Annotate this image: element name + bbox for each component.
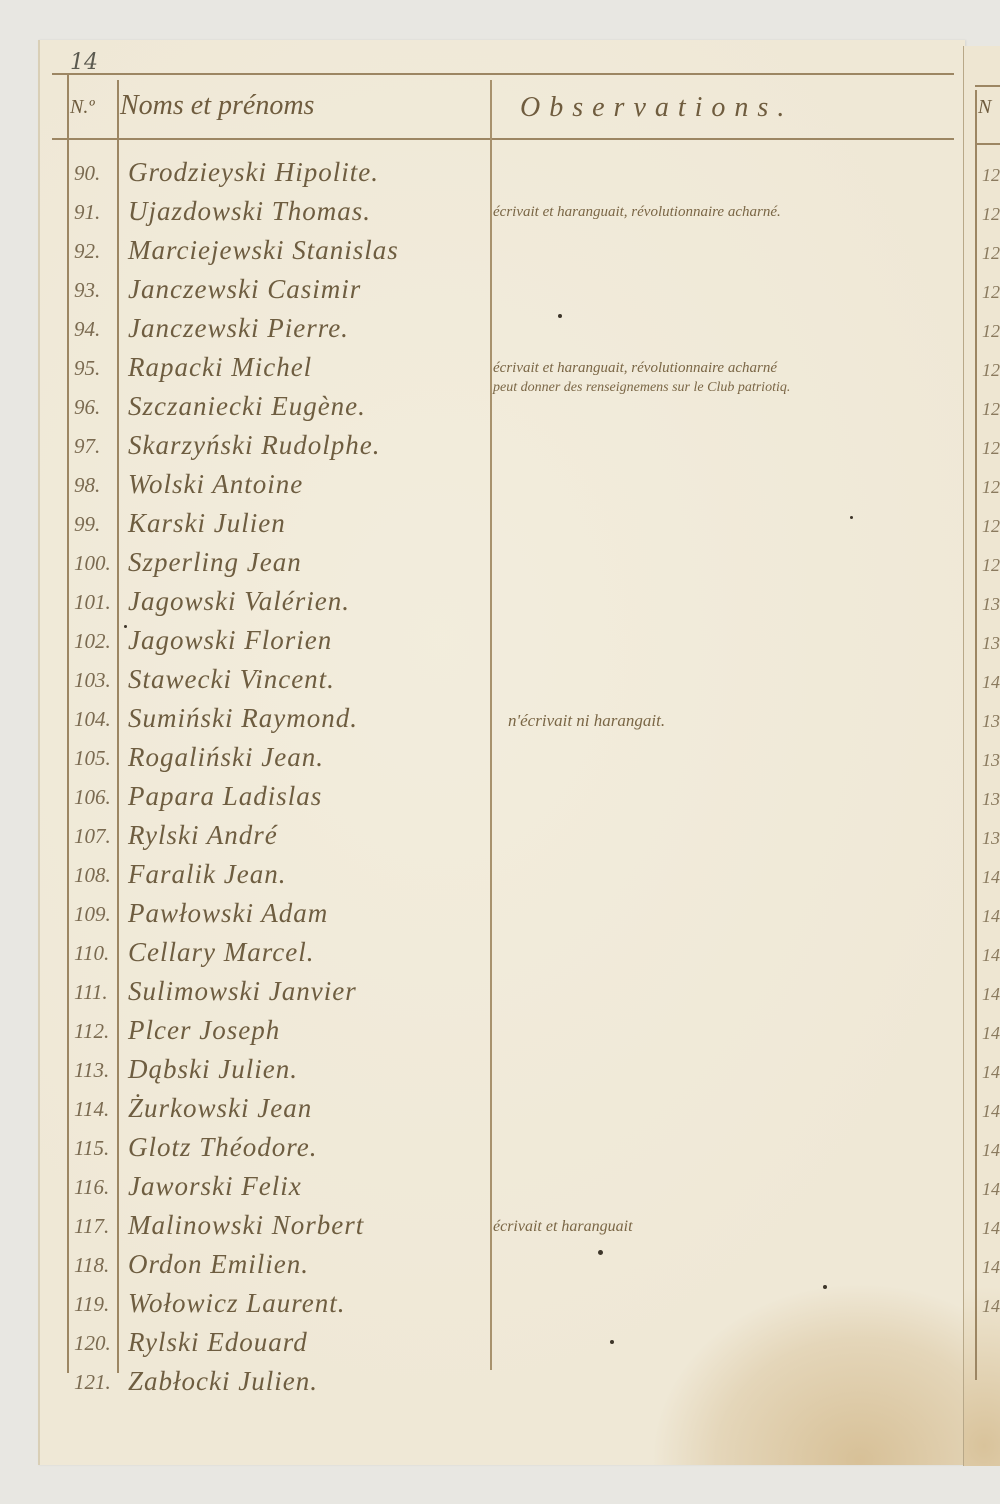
entry-name: Żurkowski Jean bbox=[128, 1093, 312, 1124]
entry-name: Jagowski Florien bbox=[128, 625, 332, 656]
adjacent-entry-number: 13 bbox=[982, 781, 1000, 820]
entry-observation: écrivait et haranguait bbox=[493, 1218, 633, 1236]
entry-observation: écrivait et haranguait, révolutionnaire … bbox=[493, 204, 781, 221]
entry-number: 115. bbox=[74, 1136, 120, 1161]
adjacent-entry-number: 12 bbox=[982, 235, 1000, 274]
adjacent-entry-number: 14 bbox=[982, 1210, 1000, 1249]
entry-name: Szczaniecki Eugène. bbox=[128, 391, 366, 422]
register-row: 120.Rylski Edouard bbox=[60, 1327, 960, 1366]
entry-name: Plcer Joseph bbox=[128, 1015, 280, 1046]
entry-number: 114. bbox=[74, 1097, 120, 1122]
register-row: 96.Szczaniecki Eugène. bbox=[60, 391, 960, 430]
entry-name: Skarzyński Rudolphe. bbox=[128, 430, 380, 461]
adjacent-entry-number: 14 bbox=[982, 937, 1000, 976]
entry-name: Marciejewski Stanislas bbox=[128, 235, 399, 266]
entry-number: 107. bbox=[74, 824, 120, 849]
entry-number: 93. bbox=[74, 278, 120, 303]
names-column-header: Noms et prénoms bbox=[120, 90, 314, 122]
entry-name: Rylski André bbox=[128, 820, 278, 851]
entry-name: Papara Ladislas bbox=[128, 781, 322, 812]
entry-name: Rylski Edouard bbox=[128, 1327, 308, 1358]
entry-observation: écrivait et haranguait, révolutionnaire … bbox=[493, 360, 777, 377]
observations-column-header: Observations. bbox=[520, 92, 793, 124]
adjacent-entry-number: 12 bbox=[982, 352, 1000, 391]
ink-speck bbox=[610, 1340, 614, 1344]
register-row: 115.Glotz Théodore. bbox=[60, 1132, 960, 1171]
entry-name: Rogaliński Jean. bbox=[128, 742, 324, 773]
folio-number: 14 bbox=[70, 50, 98, 75]
entry-name: Ujazdowski Thomas. bbox=[128, 196, 371, 227]
register-row: 105.Rogaliński Jean. bbox=[60, 742, 960, 781]
adjacent-entry-number: 13 bbox=[982, 820, 1000, 859]
right-page-top-rule bbox=[975, 85, 1000, 87]
entry-number: 98. bbox=[74, 473, 120, 498]
entry-number: 121. bbox=[74, 1370, 120, 1395]
entry-number: 106. bbox=[74, 785, 120, 810]
register-row: 110.Cellary Marcel. bbox=[60, 937, 960, 976]
entry-number: 90. bbox=[74, 161, 120, 186]
register-row: 99.Karski Julien bbox=[60, 508, 960, 547]
entry-number: 104. bbox=[74, 707, 120, 732]
register-row: 97.Skarzyński Rudolphe. bbox=[60, 430, 960, 469]
entry-number: 110. bbox=[74, 941, 120, 966]
register-row: 118.Ordon Emilien. bbox=[60, 1249, 960, 1288]
entry-name: Faralik Jean. bbox=[128, 859, 286, 890]
adjacent-entry-number: 14 bbox=[982, 1171, 1000, 1210]
entry-number: 100. bbox=[74, 551, 120, 576]
entry-name: Stawecki Vincent. bbox=[128, 664, 335, 695]
adjacent-entry-number: 14 bbox=[982, 1015, 1000, 1054]
adjacent-entry-number: 14 bbox=[982, 898, 1000, 937]
register-row: 93.Janczewski Casimir bbox=[60, 274, 960, 313]
adjacent-entry-number: 13 bbox=[982, 742, 1000, 781]
adjacent-entry-number: 14 bbox=[982, 1054, 1000, 1093]
entry-name: Malinowski Norbert bbox=[128, 1210, 364, 1241]
entry-name: Grodzieyski Hipolite. bbox=[128, 157, 379, 188]
adjacent-entry-number: 14 bbox=[982, 976, 1000, 1015]
right-page-number-header: N bbox=[978, 96, 991, 119]
entry-number: 103. bbox=[74, 668, 120, 693]
adjacent-entry-number: 13 bbox=[982, 625, 1000, 664]
entry-observation: n'écrivait ni harangait. bbox=[508, 711, 665, 731]
adjacent-entry-number: 14 bbox=[982, 1288, 1000, 1327]
entry-number: 91. bbox=[74, 200, 120, 225]
entry-number: 109. bbox=[74, 902, 120, 927]
entry-number: 118. bbox=[74, 1253, 120, 1278]
number-column-header: N.º bbox=[70, 96, 95, 119]
register-row: 112.Plcer Joseph bbox=[60, 1015, 960, 1054]
entry-name: Jagowski Valérien. bbox=[128, 586, 350, 617]
adjacent-entry-number: 12 bbox=[982, 547, 1000, 586]
adjacent-entry-number: 12 bbox=[982, 391, 1000, 430]
register-row: 106.Papara Ladislas bbox=[60, 781, 960, 820]
register-row: 98.Wolski Antoine bbox=[60, 469, 960, 508]
entry-name: Wolski Antoine bbox=[128, 469, 303, 500]
register-row: 119.Wołowicz Laurent. bbox=[60, 1288, 960, 1327]
entry-number: 94. bbox=[74, 317, 120, 342]
right-page-rule bbox=[975, 90, 977, 1380]
ink-speck bbox=[850, 516, 853, 519]
adjacent-entry-number: 12 bbox=[982, 469, 1000, 508]
entry-name: Szperling Jean bbox=[128, 547, 302, 578]
entry-number: 117. bbox=[74, 1214, 120, 1239]
entry-number: 120. bbox=[74, 1331, 120, 1356]
register-row: 104.Sumiński Raymond.n'écrivait ni haran… bbox=[60, 703, 960, 742]
document-scan: 14 N.º Noms et prénoms Observations. N 9… bbox=[0, 0, 1000, 1504]
entry-number: 119. bbox=[74, 1292, 120, 1317]
register-row: 94.Janczewski Pierre. bbox=[60, 313, 960, 352]
adjacent-entry-number: 14 bbox=[982, 1093, 1000, 1132]
ink-speck bbox=[823, 1285, 827, 1289]
register-row: 121.Zabłocki Julien. bbox=[60, 1366, 960, 1405]
adjacent-entry-number: 12 bbox=[982, 430, 1000, 469]
entry-name: Karski Julien bbox=[128, 508, 286, 539]
ink-speck bbox=[124, 625, 127, 628]
entry-name: Dąbski Julien. bbox=[128, 1054, 298, 1085]
register-row: 103.Stawecki Vincent. bbox=[60, 664, 960, 703]
register-row: 117.Malinowski Norbertécrivait et harang… bbox=[60, 1210, 960, 1249]
ink-speck bbox=[598, 1250, 603, 1255]
register-row: 107.Rylski André bbox=[60, 820, 960, 859]
adjacent-entry-number: 12 bbox=[982, 196, 1000, 235]
register-row: 102.Jagowski Florien bbox=[60, 625, 960, 664]
entry-number: 92. bbox=[74, 239, 120, 264]
entry-name: Zabłocki Julien. bbox=[128, 1366, 318, 1397]
entry-number: 105. bbox=[74, 746, 120, 771]
entry-number: 108. bbox=[74, 863, 120, 888]
entry-number: 97. bbox=[74, 434, 120, 459]
entry-number: 102. bbox=[74, 629, 120, 654]
top-rule bbox=[52, 73, 954, 75]
entry-name: Pawłowski Adam bbox=[128, 898, 328, 929]
register-row: 101.Jagowski Valérien. bbox=[60, 586, 960, 625]
entry-name: Ordon Emilien. bbox=[128, 1249, 309, 1280]
adjacent-page-numbers: 12 12 12 12 12 12 12 12 12 12 12 13 13 1… bbox=[982, 157, 1000, 1327]
entry-name: Glotz Théodore. bbox=[128, 1132, 318, 1163]
adjacent-entry-number: 13 bbox=[982, 586, 1000, 625]
entry-name: Sumiński Raymond. bbox=[128, 703, 358, 734]
register-row: 108.Faralik Jean. bbox=[60, 859, 960, 898]
right-page-header-rule bbox=[975, 143, 1000, 145]
register-entries: 90.Grodzieyski Hipolite. 91.Ujazdowski T… bbox=[60, 157, 960, 1405]
entry-name: Sulimowski Janvier bbox=[128, 976, 357, 1007]
register-row: 116.Jaworski Felix bbox=[60, 1171, 960, 1210]
register-row: 114.Żurkowski Jean bbox=[60, 1093, 960, 1132]
entry-number: 96. bbox=[74, 395, 120, 420]
register-row: 92.Marciejewski Stanislas bbox=[60, 235, 960, 274]
entry-name: Cellary Marcel. bbox=[128, 937, 314, 968]
register-row: 109.Pawłowski Adam bbox=[60, 898, 960, 937]
entry-number: 112. bbox=[74, 1019, 120, 1044]
register-row: 95.Rapacki Michelécrivait et haranguait,… bbox=[60, 352, 960, 391]
register-row: 100.Szperling Jean bbox=[60, 547, 960, 586]
ink-speck bbox=[558, 314, 562, 318]
header-bottom-rule bbox=[52, 138, 954, 140]
entry-number: 95. bbox=[74, 356, 120, 381]
adjacent-entry-number: 12 bbox=[982, 157, 1000, 196]
entry-name: Wołowicz Laurent. bbox=[128, 1288, 346, 1319]
entry-number: 101. bbox=[74, 590, 120, 615]
adjacent-entry-number: 13 bbox=[982, 703, 1000, 742]
register-row: 113.Dąbski Julien. bbox=[60, 1054, 960, 1093]
adjacent-entry-number: 14 bbox=[982, 859, 1000, 898]
adjacent-entry-number: 12 bbox=[982, 313, 1000, 352]
entry-number: 111. bbox=[74, 980, 120, 1005]
entry-number: 99. bbox=[74, 512, 120, 537]
register-row: 111.Sulimowski Janvier bbox=[60, 976, 960, 1015]
entry-name: Jaworski Felix bbox=[128, 1171, 302, 1202]
register-row: 90.Grodzieyski Hipolite. bbox=[60, 157, 960, 196]
adjacent-entry-number: 14 bbox=[982, 1132, 1000, 1171]
entry-name: Janczewski Casimir bbox=[128, 274, 361, 305]
entry-number: 113. bbox=[74, 1058, 120, 1083]
adjacent-entry-number: 14 bbox=[982, 664, 1000, 703]
entry-name: Janczewski Pierre. bbox=[128, 313, 349, 344]
register-row: 91.Ujazdowski Thomas.écrivait et harangu… bbox=[60, 196, 960, 235]
entry-name: Rapacki Michel bbox=[128, 352, 312, 383]
entry-number: 116. bbox=[74, 1175, 120, 1200]
adjacent-entry-number: 12 bbox=[982, 274, 1000, 313]
adjacent-entry-number: 14 bbox=[982, 1249, 1000, 1288]
adjacent-entry-number: 12 bbox=[982, 508, 1000, 547]
